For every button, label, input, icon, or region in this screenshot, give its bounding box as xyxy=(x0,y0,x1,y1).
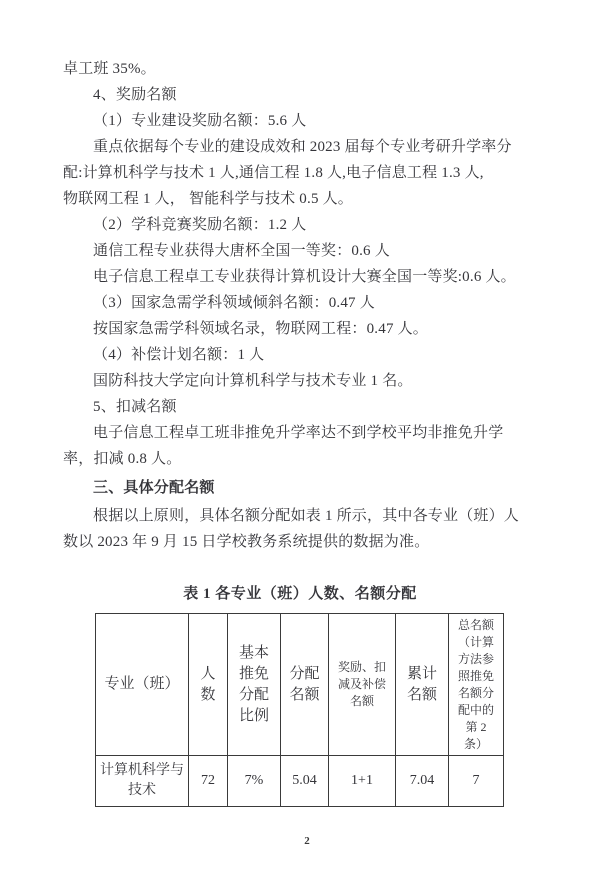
cell-award-deduction: 1+1 xyxy=(329,756,396,807)
cell-allocated-quota: 5.04 xyxy=(281,756,329,807)
header-award-deduction: 奖励、扣 减及补偿 名额 xyxy=(329,614,396,756)
body-line: （4）补偿计划名额：1 人 xyxy=(63,342,554,368)
header-total-quota: 总名额 （计算 方法参 照推免 名额分 配中的 第 2 条） xyxy=(449,614,504,756)
body-line: 4、奖励名额 xyxy=(63,82,554,108)
body-line: 5、扣减名额 xyxy=(63,394,554,420)
header-count: 人 数 xyxy=(189,614,228,756)
body-line: （3）国家急需学科领域倾斜名额：0.47 人 xyxy=(63,290,554,316)
body-line: 率，扣减 0.8 人。 xyxy=(63,446,554,472)
cell-major: 计算机科学与 技术 xyxy=(96,756,189,807)
header-cumulative-quota: 累计 名额 xyxy=(396,614,449,756)
body-line: 通信工程专业获得大唐杯全国一等奖：0.6 人 xyxy=(63,238,554,264)
table-title: 表 1 各专业（班）人数、名额分配 xyxy=(95,581,505,607)
body-line: （2）学科竞赛奖励名额：1.2 人 xyxy=(63,212,554,238)
section-heading: 三、具体分配名额 xyxy=(63,475,554,501)
allocation-table: 专业（班） 人 数 基本 推免 分配 比例 分配 名额 奖励、扣 减及补偿 名额… xyxy=(95,613,504,807)
body-line: 重点依据每个专业的建设成效和 2023 届每个专业考研升学率分 xyxy=(63,134,554,160)
header-major: 专业（班） xyxy=(96,614,189,756)
cell-total-quota: 7 xyxy=(449,756,504,807)
cell-count: 72 xyxy=(189,756,228,807)
body-line: （1）专业建设奖励名额：5.6 人 xyxy=(63,108,554,134)
body-line: 根据以上原则，具体名额分配如表 1 所示，其中各专业（班）人 xyxy=(63,503,554,529)
table-section: 表 1 各专业（班）人数、名额分配 专业（班） 人 数 基本 推免 分配 比例 … xyxy=(95,581,505,807)
body-line: 按国家急需学科领域名录，物联网工程：0.47 人。 xyxy=(63,316,554,342)
cell-base-ratio: 7% xyxy=(228,756,281,807)
header-base-ratio: 基本 推免 分配 比例 xyxy=(228,614,281,756)
document-page: 卓工班 35%。 4、奖励名额 （1）专业建设奖励名额：5.6 人 重点依据每个… xyxy=(0,0,614,878)
body-line: 卓工班 35%。 xyxy=(63,56,554,82)
table-header-row: 专业（班） 人 数 基本 推免 分配 比例 分配 名额 奖励、扣 减及补偿 名额… xyxy=(96,614,504,756)
body-line: 数以 2023 年 9 月 15 日学校教务系统提供的数据为准。 xyxy=(63,529,554,555)
table-row: 计算机科学与 技术 72 7% 5.04 1+1 7.04 7 xyxy=(96,756,504,807)
cell-cumulative-quota: 7.04 xyxy=(396,756,449,807)
body-line: 配:计算机科学与技术 1 人,通信工程 1.8 人,电子信息工程 1.3 人, xyxy=(63,160,554,186)
body-line: 物联网工程 1 人， 智能科学与技术 0.5 人。 xyxy=(63,186,554,212)
page-number: 2 xyxy=(0,835,614,847)
header-allocated-quota: 分配 名额 xyxy=(281,614,329,756)
body-text: 卓工班 35%。 4、奖励名额 （1）专业建设奖励名额：5.6 人 重点依据每个… xyxy=(63,56,554,555)
body-line: 电子信息工程卓工班非推免升学率达不到学校平均非推免升学 xyxy=(63,420,554,446)
body-line: 电子信息工程卓工专业获得计算机设计大赛全国一等奖:0.6 人。 xyxy=(63,264,554,290)
body-line: 国防科技大学定向计算机科学与技术专业 1 名。 xyxy=(63,368,554,394)
